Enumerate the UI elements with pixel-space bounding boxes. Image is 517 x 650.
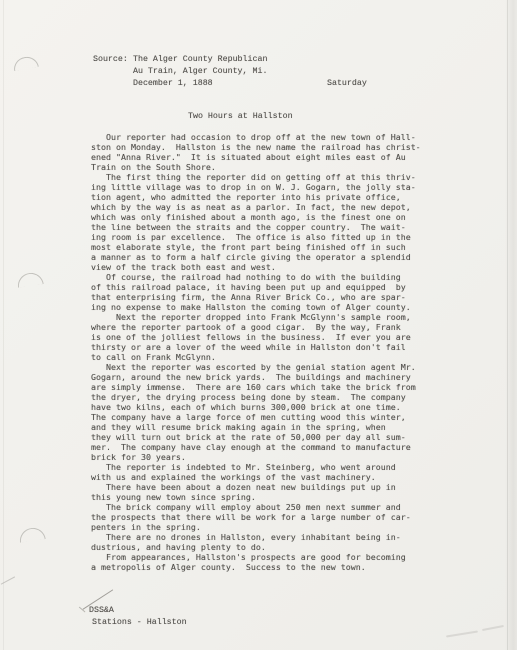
source-date: December 1, 1888	[133, 78, 213, 90]
scanned-document-page: Source: The Alger County Republican Au T…	[0, 0, 517, 650]
source-label: Source:	[93, 54, 128, 66]
hole-punch-mark	[16, 271, 44, 287]
source-location: Au Train, Alger County, Mi.	[133, 66, 267, 78]
pencil-scribble	[446, 631, 478, 638]
hole-punch-mark	[12, 55, 39, 71]
source-weekday: Saturday	[327, 78, 367, 90]
footer-subject-heading: Stations - Hallston	[92, 617, 187, 629]
scan-edge-line	[3, 0, 4, 650]
source-publication: The Alger County Republican	[133, 54, 267, 66]
article-body: Our reporter had occasion to drop off at…	[91, 132, 421, 572]
footer-railroad-abbreviation: DSS&A	[89, 605, 114, 617]
hole-punch-mark	[18, 526, 46, 542]
article-title: Two Hours at Hallston	[188, 112, 293, 122]
pencil-scribble	[482, 625, 504, 631]
scan-edge-line	[507, 0, 508, 650]
